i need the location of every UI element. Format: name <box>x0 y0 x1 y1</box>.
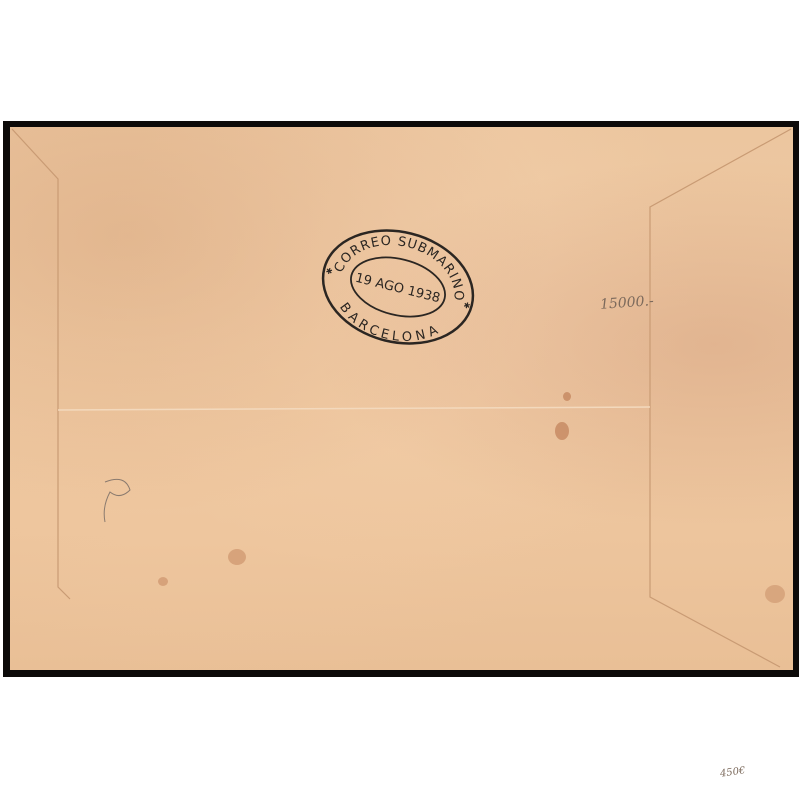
stain <box>228 549 246 565</box>
stain <box>158 577 168 586</box>
stain <box>555 422 569 440</box>
envelope-back: 15000.- 450€ <box>10 127 793 670</box>
postmark-date: 19 AGO 1938 <box>354 271 442 307</box>
stain <box>563 392 571 401</box>
pencil-catalog-note: 450€ <box>719 765 746 779</box>
svg-text:✱: ✱ <box>325 266 334 276</box>
envelope-flap-lines <box>10 127 793 670</box>
stain <box>765 585 785 603</box>
